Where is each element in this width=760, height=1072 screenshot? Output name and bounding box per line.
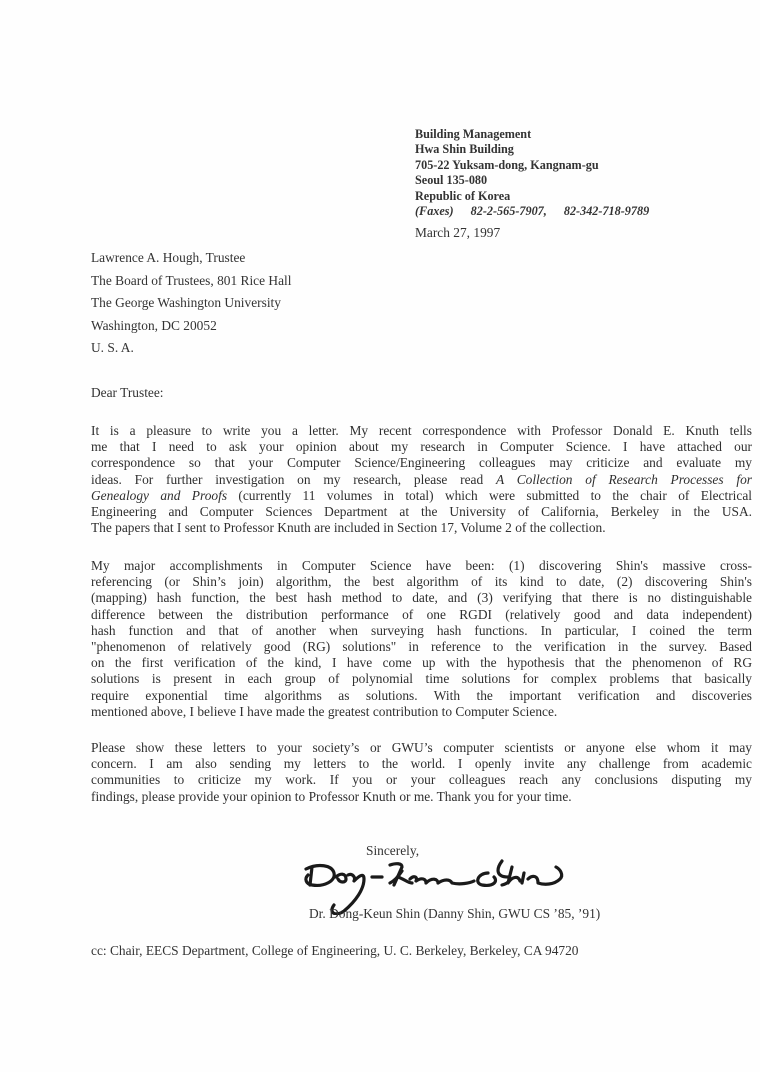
faxes-label: (Faxes) (415, 204, 454, 218)
sender-line: Building Management (415, 127, 663, 142)
paragraph-line: require exponential time algorithms as s… (91, 688, 752, 704)
letter-page: Building Management Hwa Shin Building 70… (0, 0, 760, 1072)
body-paragraph-3: Please show these letters to your societ… (91, 740, 752, 805)
sender-faxes: (Faxes) 82-2-565-7907, 82-342-718-9789 (415, 204, 663, 219)
recipient-line: U. S. A. (91, 337, 291, 360)
sender-line: Republic of Korea (415, 189, 663, 204)
letter-date: March 27, 1997 (415, 225, 500, 241)
paragraph-line: communities to criticize my work. If you… (91, 772, 752, 788)
paragraph-line: Please show these letters to your societ… (91, 740, 752, 756)
paragraph-line: My major accomplishments in Computer Sci… (91, 558, 752, 574)
paragraph-line: Engineering and Computer Sciences Depart… (91, 504, 752, 520)
paragraph-line: mentioned above, I believe I have made t… (91, 704, 752, 720)
book-title-part-2: Genealogy and Proofs (91, 488, 227, 503)
paragraph-line: "phenomenon of relatively good (RG) solu… (91, 639, 752, 655)
paragraph-line: hash function and that of another when s… (91, 623, 752, 639)
paragraph-line: solutions is present in each group of po… (91, 671, 752, 687)
paragraph-line: difference between the distribution perf… (91, 607, 752, 623)
paragraph-line: findings, please provide your opinion to… (91, 789, 752, 805)
book-title-part-1: A Collection of Research Processes for (496, 472, 752, 487)
sender-line: 705-22 Yuksam-dong, Kangnam-gu (415, 158, 663, 173)
signer-name: Dr. Dong-Keun Shin (Danny Shin, GWU CS ’… (309, 906, 600, 922)
paragraph-line: Genealogy and Proofs (currently 11 volum… (91, 488, 752, 504)
paragraph-line: The papers that I sent to Professor Knut… (91, 520, 752, 536)
paragraph-line: It is a pleasure to write you a letter. … (91, 423, 752, 439)
fax-number: 82-2-565-7907, (471, 204, 547, 218)
paragraph-line: on the first verification of the kind, I… (91, 655, 752, 671)
paragraph-line: concern. I am also sending my letters to… (91, 756, 752, 772)
paragraph-line: (mapping) hash function, the best hash m… (91, 590, 752, 606)
sender-line: Seoul 135-080 (415, 173, 663, 188)
recipient-line: The George Washington University (91, 292, 291, 315)
paragraph-text: ideas. For further investigation on my r… (91, 472, 483, 487)
paragraph-line: me that I need to ask your opinion about… (91, 439, 752, 455)
sender-line: Hwa Shin Building (415, 142, 663, 157)
paragraph-line: correspondence so that your Computer Sci… (91, 455, 752, 471)
paragraph-text: (currently 11 volumes in total) which we… (238, 488, 752, 503)
sender-address-block: Building Management Hwa Shin Building 70… (415, 127, 663, 219)
paragraph-line: referencing (or Shin’s join) algorithm, … (91, 574, 752, 590)
cc-line: cc: Chair, EECS Department, College of E… (91, 943, 578, 959)
body-paragraph-2: My major accomplishments in Computer Sci… (91, 558, 752, 720)
recipient-line: The Board of Trustees, 801 Rice Hall (91, 270, 291, 293)
body-paragraph-1: It is a pleasure to write you a letter. … (91, 423, 752, 536)
salutation: Dear Trustee: (91, 385, 164, 401)
fax-number: 82-342-718-9789 (564, 204, 649, 218)
recipient-address-block: Lawrence A. Hough, Trustee The Board of … (91, 247, 291, 360)
paragraph-line: ideas. For further investigation on my r… (91, 472, 752, 488)
recipient-line: Washington, DC 20052 (91, 315, 291, 338)
recipient-line: Lawrence A. Hough, Trustee (91, 247, 291, 270)
